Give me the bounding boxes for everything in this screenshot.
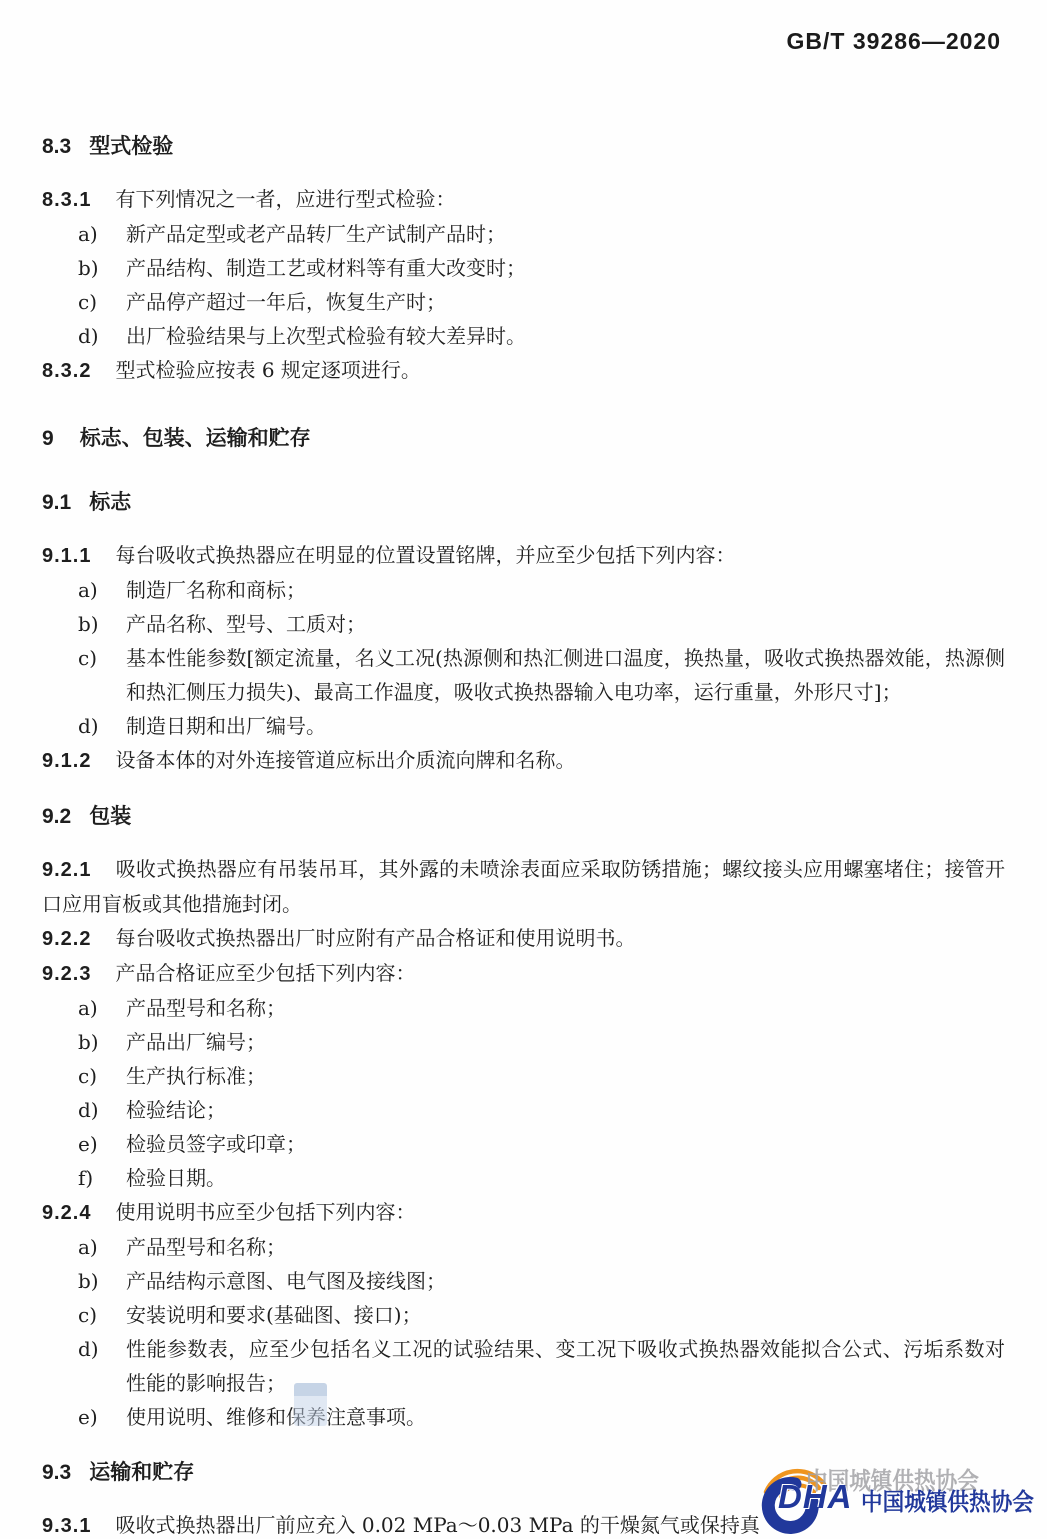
list-item: a)产品型号和名称；	[42, 1230, 1005, 1264]
item-letter: a)	[78, 1230, 98, 1264]
line-text: 基本性能参数[额定流量，名义工况(热源侧和热汇侧进口温度，换热量，吸收式换热器效…	[126, 646, 1005, 704]
line-text: 标志	[89, 491, 131, 514]
section-heading: 8.3型式检验	[42, 130, 1005, 164]
line-text: 每台吸收式换热器出厂时应附有产品合格证和使用说明书。	[115, 926, 635, 950]
section-heading: 9.2包装	[42, 800, 1005, 834]
list-item: b)产品出厂编号；	[42, 1025, 1005, 1059]
list-item: c)生产执行标准；	[42, 1059, 1005, 1093]
clause-paragraph: 8.3.2型式检验应按表 6 规定逐项进行。	[42, 353, 1005, 388]
line-text: 新产品定型或老产品转厂生产试制产品时；	[126, 222, 506, 246]
watermark-smudge	[294, 1383, 327, 1426]
section-number: 9.2.4	[42, 1202, 91, 1224]
item-letter: c)	[78, 641, 97, 675]
line-text: 标志、包装、运输和贮存	[80, 427, 311, 450]
item-letter: c)	[78, 285, 97, 319]
line-text: 产品型号和名称；	[126, 1235, 286, 1259]
item-letter: b)	[78, 1025, 99, 1059]
line-text: 使用说明书应至少包括下列内容：	[115, 1200, 415, 1224]
list-item: e)使用说明、维修和保养注意事项。	[42, 1400, 1005, 1434]
list-item: a)新产品定型或老产品转厂生产试制产品时；	[42, 217, 1005, 251]
section-number: 9.3	[42, 1461, 71, 1484]
item-letter: c)	[78, 1059, 97, 1093]
list-item: a)制造厂名称和商标；	[42, 573, 1005, 607]
line-text: 吸收式换热器应有吊装吊耳，其外露的未喷涂表面应采取防锈措施；螺纹接头应用螺塞堵住…	[42, 857, 1005, 916]
clause-paragraph: 9.2.2每台吸收式换热器出厂时应附有产品合格证和使用说明书。	[42, 921, 1005, 956]
clause-paragraph: 8.3.1有下列情况之一者，应进行型式检验：	[42, 182, 1005, 217]
list-item: c)产品停产超过一年后，恢复生产时；	[42, 285, 1005, 319]
clause-paragraph: 9.2.3产品合格证应至少包括下列内容：	[42, 956, 1005, 991]
line-text: 产品合格证应至少包括下列内容：	[115, 961, 415, 985]
section-number: 9.2.1	[42, 859, 91, 881]
item-letter: a)	[78, 217, 98, 251]
item-letter: c)	[78, 1298, 97, 1332]
line-text: 安装说明和要求(基础图、接口)；	[126, 1303, 422, 1327]
clause-paragraph: 9.1.2设备本体的对外连接管道应标出介质流向牌和名称。	[42, 743, 1005, 778]
item-letter: f)	[78, 1161, 93, 1195]
line-text: 制造厂名称和商标；	[126, 578, 306, 602]
line-text: 设备本体的对外连接管道应标出介质流向牌和名称。	[115, 748, 575, 772]
list-item: d)出厂检验结果与上次型式检验有较大差异时。	[42, 319, 1005, 353]
line-text: 吸收式换热器出厂前应充入 0.02 MPa～0.03 MPa 的干燥氮气或保持真	[115, 1513, 759, 1537]
list-item: e)检验员签字或印章；	[42, 1127, 1005, 1161]
line-text: 有下列情况之一者，应进行型式检验：	[115, 187, 455, 211]
line-text: 产品名称、型号、工质对；	[126, 612, 366, 636]
page-body: 8.3型式检验8.3.1有下列情况之一者，应进行型式检验：a)新产品定型或老产品…	[0, 0, 1047, 1539]
line-text: 检验日期。	[126, 1166, 226, 1190]
item-letter: e)	[78, 1400, 98, 1434]
line-text: 运输和贮存	[89, 1461, 194, 1484]
item-letter: b)	[78, 607, 99, 641]
list-item: d)制造日期和出厂编号。	[42, 709, 1005, 743]
line-text: 产品停产超过一年后，恢复生产时；	[126, 290, 446, 314]
item-letter: d)	[78, 1093, 99, 1127]
line-text: 检验结论；	[126, 1098, 226, 1122]
line-text: 产品结构、制造工艺或材料等有重大改变时；	[126, 256, 526, 280]
line-text: 每台吸收式换热器应在明显的位置设置铭牌，并应至少包括下列内容：	[115, 543, 735, 567]
section-number: 8.3.2	[42, 360, 91, 382]
line-text: 制造日期和出厂编号。	[126, 714, 326, 738]
list-item: d)检验结论；	[42, 1093, 1005, 1127]
clause-paragraph: 9.2.4使用说明书应至少包括下列内容：	[42, 1195, 1005, 1230]
list-item: b)产品结构示意图、电气图及接线图；	[42, 1264, 1005, 1298]
line-text: 检验员签字或印章；	[126, 1132, 306, 1156]
item-letter: d)	[78, 319, 99, 353]
item-letter: a)	[78, 573, 98, 607]
list-item: f)检验日期。	[42, 1161, 1005, 1195]
section-number: 9.2.3	[42, 963, 91, 985]
item-letter: b)	[78, 251, 99, 285]
clause-paragraph: 9.1.1每台吸收式换热器应在明显的位置设置铭牌，并应至少包括下列内容：	[42, 538, 1005, 573]
clause-paragraph: 9.2.1吸收式换热器应有吊装吊耳，其外露的未喷涂表面应采取防锈措施；螺纹接头应…	[42, 852, 1005, 921]
list-item: c)基本性能参数[额定流量，名义工况(热源侧和热汇侧进口温度，换热量，吸收式换热…	[42, 641, 1005, 709]
list-item: b)产品结构、制造工艺或材料等有重大改变时；	[42, 251, 1005, 285]
line-text: 产品型号和名称；	[126, 996, 286, 1020]
item-letter: e)	[78, 1127, 98, 1161]
section-number: 8.3	[42, 135, 71, 158]
item-letter: d)	[78, 709, 99, 743]
section-heading: 9标志、包装、运输和贮存	[42, 422, 1005, 456]
section-number: 9.1.2	[42, 750, 91, 772]
cdha-org-name: 中国城镇供热协会	[861, 1491, 1034, 1515]
list-item: a)产品型号和名称；	[42, 991, 1005, 1025]
list-item: c)安装说明和要求(基础图、接口)；	[42, 1298, 1005, 1332]
standard-number: GB/T 39286—2020	[787, 28, 1001, 55]
item-letter: a)	[78, 991, 98, 1025]
line-text: 型式检验应按表 6 规定逐项进行。	[115, 358, 420, 382]
line-text: 性能参数表，应至少包括名义工况的试验结果、变工况下吸收式换热器效能拟合公式、污垢…	[126, 1337, 1005, 1395]
list-item: b)产品名称、型号、工质对；	[42, 607, 1005, 641]
item-letter: d)	[78, 1332, 99, 1366]
section-number: 9.1	[42, 491, 71, 514]
cdha-logo: 中国城镇供热协会 DHA 中国城镇供热协会	[748, 1446, 1044, 1536]
list-item: d)性能参数表，应至少包括名义工况的试验结果、变工况下吸收式换热器效能拟合公式、…	[42, 1332, 1005, 1400]
section-number: 9.3.1	[42, 1515, 91, 1537]
line-text: 产品出厂编号；	[126, 1030, 266, 1054]
section-number: 9	[42, 427, 54, 450]
section-number: 9.2	[42, 805, 71, 828]
section-heading: 9.1标志	[42, 486, 1005, 520]
line-text: 生产执行标准；	[126, 1064, 266, 1088]
section-number: 9.2.2	[42, 928, 91, 950]
section-number: 9.1.1	[42, 545, 91, 567]
section-number: 8.3.1	[42, 189, 91, 211]
line-text: 出厂检验结果与上次型式检验有较大差异时。	[126, 324, 526, 348]
line-text: 包装	[89, 805, 131, 828]
line-text: 型式检验	[89, 135, 173, 158]
line-text: 产品结构示意图、电气图及接线图；	[126, 1269, 446, 1293]
item-letter: b)	[78, 1264, 99, 1298]
line-text: 使用说明、维修和保养注意事项。	[126, 1405, 426, 1429]
cdha-acronym: DHA	[778, 1480, 853, 1513]
